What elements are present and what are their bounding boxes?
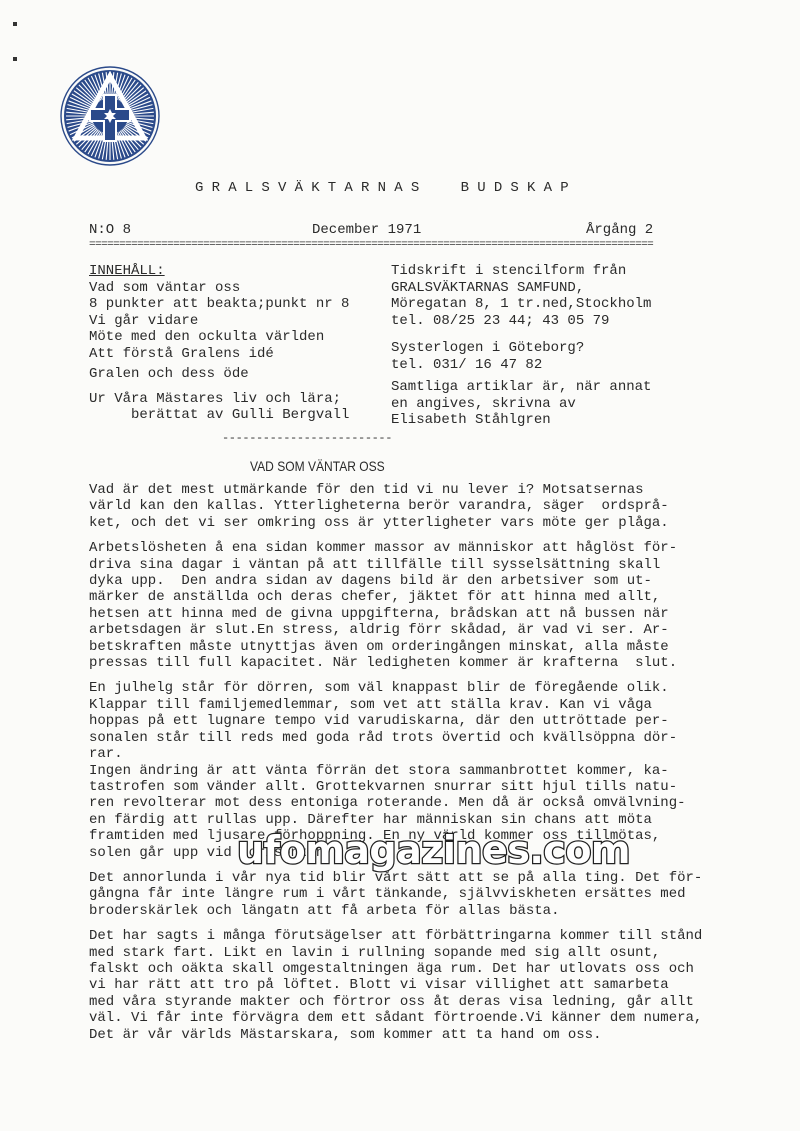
article-paragraph: Det har sagts i många förutsägelser att … xyxy=(89,928,729,1043)
table-of-contents: INNEHÅLL: Vad som väntar oss 8 punkter a… xyxy=(89,263,349,424)
text-line: En julhelg står för dörren, som väl knap… xyxy=(89,680,729,696)
text-line: Det har sagts i många förutsägelser att … xyxy=(89,928,729,944)
toc-item: Att förstå Gralens idé xyxy=(89,346,349,363)
article-paragraph: Det annorlunda i vår nya tid blir vårt s… xyxy=(89,870,729,919)
margin-mark xyxy=(13,57,17,61)
masthead-title: GRALSVÄKTARNAS BUDSKAP xyxy=(195,180,577,196)
authorship-line: Samtliga artiklar är, när annat xyxy=(391,379,651,396)
toc-item: Möte med den ockulta världen xyxy=(89,329,349,346)
toc-item: Ur Våra Mästares liv och lära; xyxy=(89,391,349,408)
sister-lodge-line: Systerlogen i Göteborg? xyxy=(391,340,651,357)
margin-mark xyxy=(13,22,17,26)
text-line: värld kan den kallas. Ytterligheterna be… xyxy=(89,498,729,514)
volume-number: Årgång 2 xyxy=(586,222,653,238)
text-line: arbetsdagen är slut.En stress, aldrig fö… xyxy=(89,622,729,638)
text-line: märker de anställda och deras chefer, jä… xyxy=(89,589,729,605)
toc-item: berättat av Gulli Bergvall xyxy=(89,407,349,424)
text-line: sonalen står till reds med goda råd trot… xyxy=(89,730,729,746)
text-line: med våra styrande makter och förtror oss… xyxy=(89,994,729,1010)
text-line: tastrofen som vänder allt. Grottekvarnen… xyxy=(89,779,729,795)
grail-emblem-icon xyxy=(60,66,160,166)
sister-lodge-line: tel. 031/ 16 47 82 xyxy=(391,357,651,374)
text-line: Det annorlunda i vår nya tid blir vårt s… xyxy=(89,870,729,886)
text-line: Det är vår världs Mästarskara, som komme… xyxy=(89,1027,729,1043)
toc-item: Vi går vidare xyxy=(89,313,349,330)
text-line: väl. Vi får inte förvägra dem ett sådant… xyxy=(89,1010,729,1026)
text-line: Arbetslösheten å ena sidan kommer massor… xyxy=(89,540,729,556)
watermark: ufomagazines.com xyxy=(237,828,630,872)
text-line: Ingen ändring är att vänta förrän det st… xyxy=(89,763,729,779)
text-line: betskraften måste utnyttjas även om orde… xyxy=(89,639,729,655)
authorship-line: en angives, skrivna av xyxy=(391,396,651,413)
publisher-line: GRALSVÄKTARNAS SAMFUND, xyxy=(391,280,651,297)
text-line: gångna får inte längre rum i vårt tänkan… xyxy=(89,886,729,902)
text-line: dyka upp. Den andra sidan av dagens bild… xyxy=(89,573,729,589)
article-title: VAD SOM VÄNTAR OSS xyxy=(250,458,385,474)
text-line: ren revolterar mot dess entoniga roteran… xyxy=(89,795,729,811)
issue-number: N:O 8 xyxy=(89,222,131,238)
publisher-line: tel. 08/25 23 44; 43 05 79 xyxy=(391,313,651,330)
text-line: falskt och oäkta skall omgestaltningen ä… xyxy=(89,961,729,977)
text-line: Vad är det mest utmärkande för den tid v… xyxy=(89,482,729,498)
article-paragraph: Vad är det mest utmärkande för den tid v… xyxy=(89,482,729,531)
publisher-info: Tidskrift i stencilform från GRALSVÄKTAR… xyxy=(391,263,651,429)
text-line: rar. xyxy=(89,746,729,762)
publisher-line: Tidskrift i stencilform från xyxy=(391,263,651,280)
text-line: Klappar till familjemedlemmar, som vet a… xyxy=(89,697,729,713)
double-rule-divider: ========================================… xyxy=(89,239,683,251)
article-paragraph: En julhelg står för dörren, som väl knap… xyxy=(89,680,729,762)
text-line: ket, och det vi ser omkring oss är ytter… xyxy=(89,515,729,531)
text-line: en färdig att rullas upp. Därefter har m… xyxy=(89,812,729,828)
text-line: driva sina dagar i väntan på att tillfäl… xyxy=(89,557,729,573)
toc-item: Vad som väntar oss xyxy=(89,280,349,297)
text-line: hoppas på ett lugnare tempo vid varudisk… xyxy=(89,713,729,729)
text-line: broderskärlek och längatn att få arbeta … xyxy=(89,903,729,919)
article-body: Vad är det mest utmärkande för den tid v… xyxy=(89,482,729,1052)
toc-item: 8 punkter att beakta;punkt nr 8 xyxy=(89,296,349,313)
toc-heading: INNEHÅLL: xyxy=(89,263,349,280)
publisher-line: Möregatan 8, 1 tr.ned,Stockholm xyxy=(391,296,651,313)
issue-date: December 1971 xyxy=(312,222,421,238)
text-line: hetsen att hinna med de givna uppgiftern… xyxy=(89,606,729,622)
text-line: med stark fart. Likt en lavin i rullning… xyxy=(89,945,729,961)
text-line: vi har rätt att tro på löftet. Blott vi … xyxy=(89,977,729,993)
authorship-line: Elisabeth Ståhlgren xyxy=(391,412,651,429)
article-paragraph: Arbetslösheten å ena sidan kommer massor… xyxy=(89,540,729,671)
toc-item: Gralen och dess öde xyxy=(89,366,349,383)
dashed-divider: ------------------------- xyxy=(222,431,392,445)
text-line: pressas till full kapacitet. När ledighe… xyxy=(89,655,729,671)
